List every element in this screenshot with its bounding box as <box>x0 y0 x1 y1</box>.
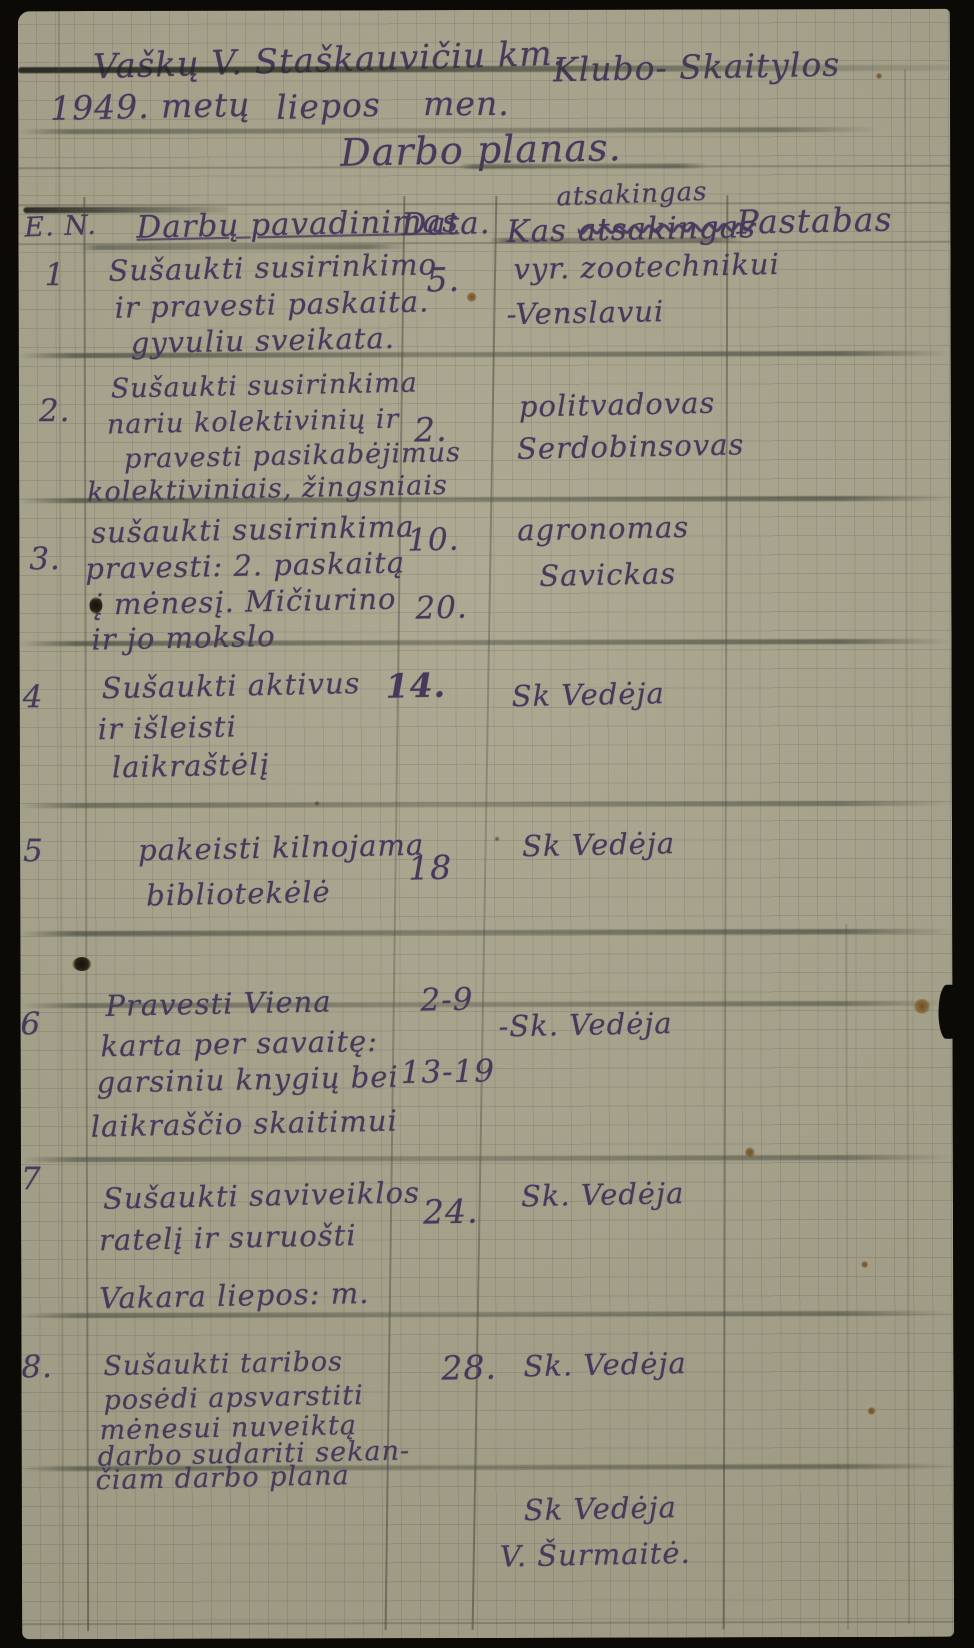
footer-role: Sk Vedėja <box>523 1490 677 1527</box>
row-3-date: 20. <box>415 590 468 627</box>
scanned-document-page: Vaškų V. Staškauvičiu km. Klubo- Skaityl… <box>18 9 954 1639</box>
row-2-responsible-line: Serdobinsovas <box>517 427 745 466</box>
row-4-responsible-line: Sk Vedėja <box>511 676 665 713</box>
row-4-task-line: ir išleisti <box>97 709 237 746</box>
row-5-task-line: pakeisti kilnojama <box>138 828 425 868</box>
row-3-number: 3. <box>29 541 61 577</box>
row-5-task-line: bibliotekėlė <box>146 875 331 913</box>
row-1-date: 5. <box>426 260 460 300</box>
row-2-task-line: kolektiviniais, žingsniais <box>87 470 448 508</box>
margin-line-right <box>904 69 910 1624</box>
stain <box>861 1261 868 1268</box>
row-7-task-line: ratelį ir suruošti <box>99 1218 357 1257</box>
row-separator <box>21 1155 953 1162</box>
speck <box>494 836 500 842</box>
row-6-responsible-line: -Sk. Vedėja <box>498 1006 673 1043</box>
row-6-task-line: karta per savaitę: <box>100 1024 378 1064</box>
row-1-responsible-line: -Venslavui <box>506 294 664 331</box>
row-2-number: 2. <box>39 393 71 429</box>
col-header-notes: Pastabas <box>736 200 893 242</box>
column-line-resp <box>723 195 729 1629</box>
heading-year: 1949. metų <box>50 85 251 128</box>
row-1-task-line: Sušaukti susirinkimo <box>108 247 437 288</box>
row-6-task-line: Pravesti Viena <box>105 984 332 1023</box>
stain <box>913 999 930 1014</box>
row-2-date: 2. <box>414 410 448 450</box>
column-line-date <box>472 196 498 1630</box>
footer-signature: V. Šurmaitė. <box>500 1536 691 1574</box>
margin-line <box>58 11 64 1639</box>
stain <box>745 1147 755 1157</box>
row-7-task-line: Vakara liepos: m. <box>99 1276 370 1315</box>
col-header-responsible: Kas atsakingas <box>506 209 756 250</box>
row-1-task-line: gyvuliu sveikata. <box>130 321 395 360</box>
ink-stain <box>467 292 477 302</box>
row-5-number: 5 <box>23 833 44 869</box>
row-1-responsible-line: vyr. zootechnikui <box>513 247 780 286</box>
heading-month: liepos <box>276 85 382 127</box>
row-1-number: 1 <box>45 257 66 293</box>
row-3-task-line: į mėnesį. Mičiurino <box>93 582 397 622</box>
speck <box>876 73 882 79</box>
row-7-date: 24. <box>423 1192 479 1232</box>
row-separator <box>20 929 952 936</box>
heading-location: Vaškų V. Staškauvičiu km. <box>93 34 565 88</box>
col-header-number: E. N. <box>24 210 97 244</box>
stain <box>868 1407 876 1415</box>
column-line-num <box>83 197 89 1631</box>
row-6-date: 2-9 <box>420 982 474 1019</box>
row-5-responsible-line: Sk Vedėja <box>522 826 676 863</box>
row-7-task-line: Sušaukti saviveiklos <box>103 1175 421 1215</box>
paper-hole <box>72 957 91 971</box>
column-line-extra <box>845 924 849 1629</box>
row-3-task-line: sušaukti susirinkima <box>91 509 415 549</box>
pencil-rule <box>22 1621 954 1625</box>
row-4-date: 14. <box>385 666 446 706</box>
row-5-date: 18 <box>408 848 453 888</box>
row-6-number: 6 <box>20 1006 41 1042</box>
row-2-responsible-line: politvadovas <box>519 386 716 424</box>
row-2-task-line: nariu kolektivinių ir <box>107 404 400 441</box>
title-underline-smudge <box>458 163 708 169</box>
row-3-date: 10. <box>407 522 460 559</box>
row-7-responsible-line: Sk. Vedėja <box>521 1176 685 1213</box>
row-7-number: 7 <box>21 1161 42 1197</box>
row-6-date: 13-19 <box>400 1053 495 1091</box>
col-header-resp-correction: atsakingas <box>556 177 708 213</box>
row-1-task-line: ir pravesti paskaita. <box>114 284 429 324</box>
col-header-date: Data. <box>401 205 491 243</box>
row-2-task-line: pravesti pasikabėjimus <box>124 437 461 475</box>
speck <box>314 800 320 806</box>
row-2-task-line: Sušaukti susirinkima <box>111 368 419 405</box>
paper-tear <box>938 985 954 1039</box>
row-8-task-line: čiam darbo plana <box>95 1460 350 1496</box>
paper-hole <box>89 597 102 614</box>
row-3-task-line: ir jo mokslo <box>91 619 276 657</box>
row-4-task-line: Sušaukti aktivus <box>101 666 360 705</box>
row-3-task-line: pravesti: 2. paskaitą <box>85 545 405 585</box>
row-4-task-line: laikraštėlį <box>112 747 270 784</box>
row-8-task-line: Sušaukti taribos <box>103 1346 343 1382</box>
row-8-number: 8. <box>21 1349 53 1385</box>
struck-word: atsakingas <box>578 209 757 249</box>
row-3-responsible-line: agronomas <box>517 510 690 547</box>
row-6-task-line: garsiniu knygių bei <box>96 1060 399 1100</box>
row-3-responsible-line: Savickas <box>539 556 676 593</box>
heading-month-abbr: men. <box>423 84 510 123</box>
row-4-number: 4 <box>23 679 44 715</box>
row-8-responsible-line: Sk. Vedėja <box>523 1346 687 1383</box>
row-8-date: 28. <box>441 1347 497 1387</box>
row-6-task-line: laikraščio skaitimui <box>90 1104 398 1144</box>
